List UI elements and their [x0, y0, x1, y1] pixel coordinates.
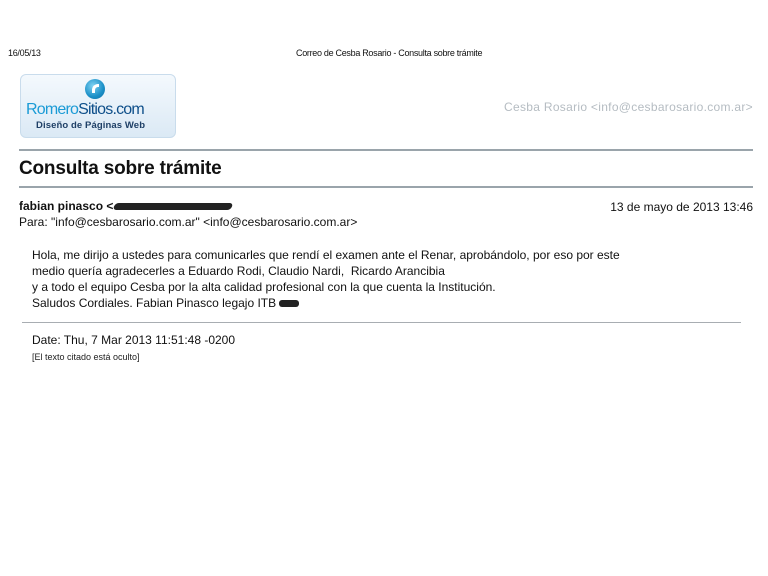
quoted-date: Date: Thu, 7 Mar 2013 11:51:48 -0200 — [32, 333, 235, 347]
divider — [19, 149, 753, 151]
body-line: Saludos Cordiales. Fabian Pinasco legajo… — [32, 295, 620, 311]
sender-name: fabian pinasco < — [19, 199, 113, 213]
logo-brand: RomeroSitios.com — [26, 101, 144, 119]
print-date: 16/05/13 — [8, 48, 41, 58]
body-line: Hola, me dirijo a ustedes para comunicar… — [32, 247, 620, 263]
divider — [22, 322, 741, 323]
logo-ball-icon — [85, 79, 105, 99]
account-address: Cesba Rosario <info@cesbarosario.com.ar> — [504, 100, 753, 114]
logo-tagline: Diseño de Páginas Web — [36, 120, 145, 131]
message-to: Para: "info@cesbarosario.com.ar" <info@c… — [19, 215, 357, 229]
body-line: y a todo el equipo Cesba por la alta cal… — [32, 279, 620, 295]
show-quoted-text-link[interactable]: [El texto citado está oculto] — [32, 352, 140, 362]
print-title: Correo de Cesba Rosario - Consulta sobre… — [296, 48, 482, 58]
romerositios-logo: RomeroSitios.com Diseño de Páginas Web — [20, 74, 176, 138]
divider — [19, 186, 753, 188]
body-line: medio quería agradecerles a Eduardo Rodi… — [32, 263, 620, 279]
redacted-legajo — [279, 300, 299, 307]
message-body: Hola, me dirijo a ustedes para comunicar… — [32, 247, 620, 311]
message-date: 13 de mayo de 2013 13:46 — [610, 200, 753, 214]
print-header: 16/05/13 Correo de Cesba Rosario - Consu… — [0, 48, 768, 62]
message-from: fabian pinasco < — [19, 199, 232, 213]
message-subject: Consulta sobre trámite — [19, 158, 222, 180]
redacted-email — [113, 203, 234, 210]
